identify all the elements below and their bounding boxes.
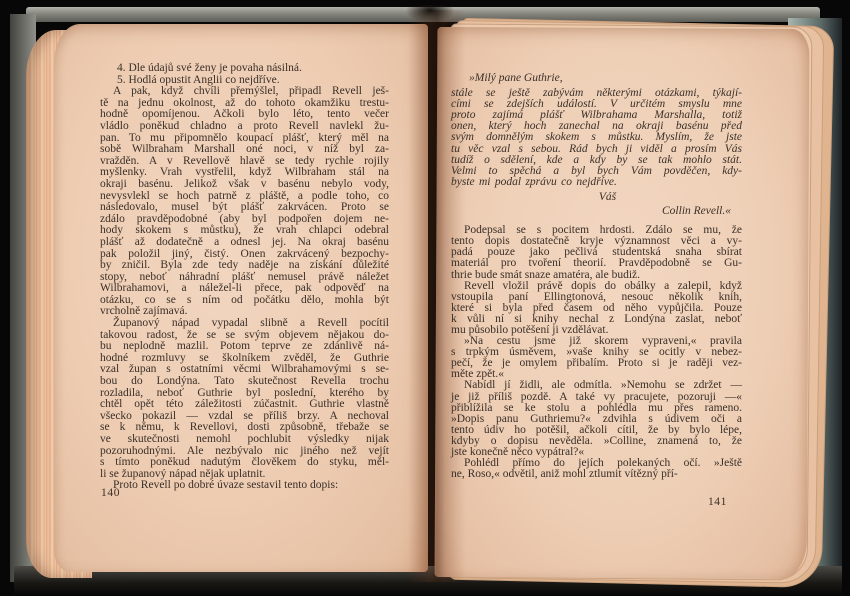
paragraph: Županový nápad vypadal slibně a Revell p… xyxy=(100,318,389,480)
text-line: svým domnělým skokem s můstku. Myslím, ž… xyxy=(451,132,742,143)
text-line: Proto Revell po dobré úvaze sestavil ten… xyxy=(100,480,389,492)
text-line: Collin Revell.« xyxy=(451,206,742,217)
page-number-right: 141 xyxy=(451,496,727,508)
text-line: plášť až dodatečně a odnesl jej. Na okra… xyxy=(100,237,389,249)
right-page-text: »Milý pane Guthrie,stále se ještě zabývá… xyxy=(451,73,742,480)
paragraph: Pohlédl přímo do jejích polekaných očí. … xyxy=(451,458,742,480)
paragraph: »Na cestu jsme již skorem vypraveni,« pr… xyxy=(451,336,742,380)
text-line: byste mi podal zprávu co nejdříve. xyxy=(451,177,742,188)
text-line: okraji basénu. Jelikož však v basénu neb… xyxy=(100,179,389,191)
paragraph: Nabídl jí židli, ale odmítla. »Nemohu se… xyxy=(451,380,742,458)
text-line: bou do Londýna. Tato skutečnost Revella … xyxy=(100,376,389,388)
text-line: by zničil. Byla zde tedy naděje na získá… xyxy=(100,260,389,272)
page-number-left: 140 xyxy=(101,487,120,499)
paragraph: 4. Dle údajů své ženy je povaha násilná. xyxy=(100,63,389,75)
text-line: thrie bude smát snaze amatéra, ale budiž… xyxy=(451,270,742,281)
text-line: Váš xyxy=(473,192,742,203)
text-line: ve skutečnosti nemohl pochlubit výsledky… xyxy=(100,434,389,446)
text-line: je již příliš pozdě. A také vy pracujete… xyxy=(451,392,742,403)
text-line: sobě Wilbraham Marshall oné noci, v níž … xyxy=(100,144,389,156)
paragraph: Revell vložil právě dopis do obálky a za… xyxy=(451,281,742,336)
paragraph: Proto Revell po dobré úvaze sestavil ten… xyxy=(100,480,389,492)
text-line: Nabídl jí židli, ale odmítla. »Nemohu se… xyxy=(451,380,742,391)
text-line: 4. Dle údajů své ženy je povaha násilná. xyxy=(100,63,389,75)
paragraph: Podepsal se s pocitem hrdosti. Zdálo se … xyxy=(451,225,742,280)
text-line: Županový nápad vypadal slibně a Revell p… xyxy=(100,318,389,330)
text-line: materiál pro tvoření theorií. Pravděpodo… xyxy=(451,258,742,269)
paragraph: stále se ještě zabývám některými otázkam… xyxy=(451,88,742,188)
paragraph: A pak, když chvíli přemýšlel, připadl Re… xyxy=(100,86,389,318)
paragraph: Váš xyxy=(451,192,742,203)
text-line: následovalo, musel být plášť zakrvácen. … xyxy=(100,202,389,214)
text-line: tu věc vzal s sebou. Rád bych ji viděl a… xyxy=(451,144,742,155)
book-gutter-top-shadow xyxy=(406,5,454,23)
text-line: vládlo poněkud chladno a proto Revell na… xyxy=(100,121,389,133)
text-line: ne, Roso,« odvětil, aniž mohl ztlumit ví… xyxy=(451,469,742,480)
left-page-text: 4. Dle údajů své ženy je povaha násilná.… xyxy=(100,63,389,492)
text-line: »Milý pane Guthrie, xyxy=(451,73,742,84)
paragraph: Collin Revell.« xyxy=(451,206,742,217)
book-photo: 4. Dle údajů své ženy je povaha násilná.… xyxy=(0,0,850,596)
paragraph: »Milý pane Guthrie, xyxy=(451,73,742,84)
